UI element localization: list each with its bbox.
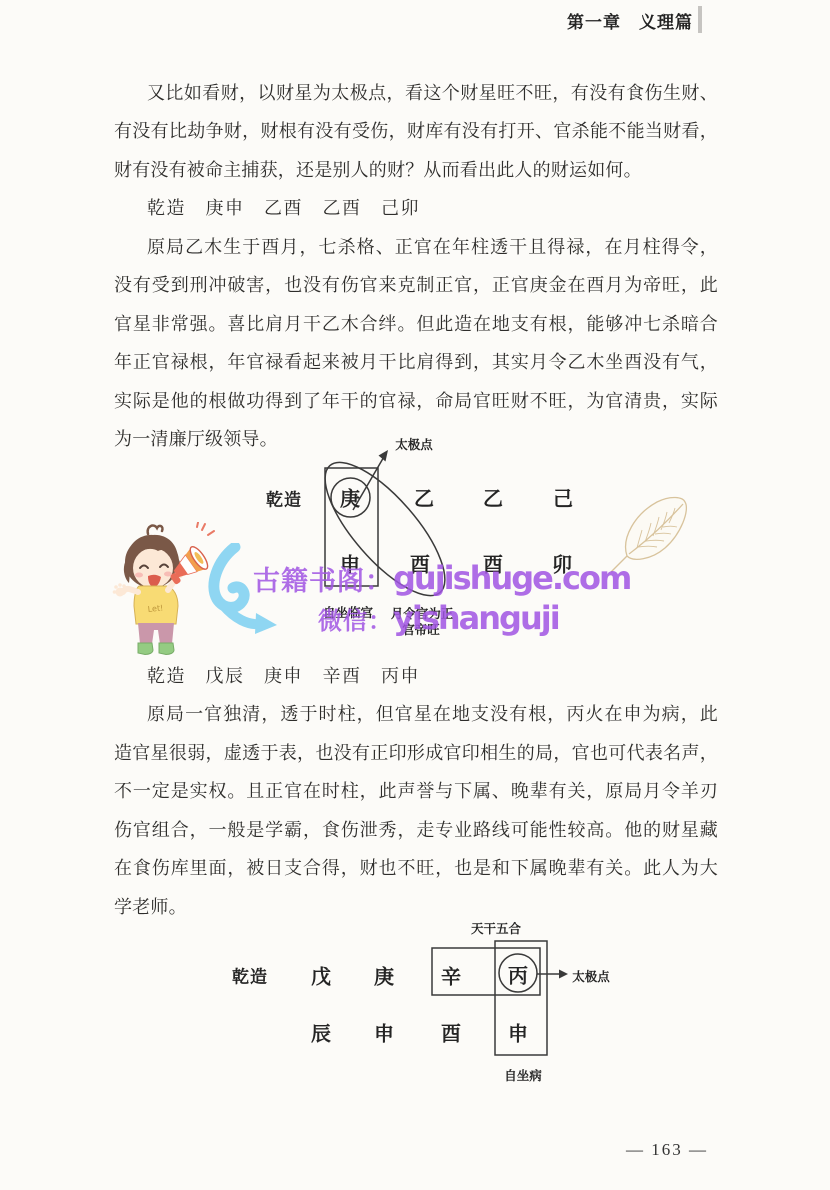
diagram2-branch-day: 酉 <box>441 1018 461 1047</box>
diagram2-stem-year: 戊 <box>311 961 331 990</box>
diagram1-stem-month: 乙 <box>414 483 434 512</box>
mascot-ahoge <box>148 526 163 534</box>
watermark-site-prefix: 古籍书阁： <box>253 559 393 598</box>
mascot-pants <box>138 623 174 644</box>
page-number: — 163 — <box>626 1140 708 1160</box>
diagram1-qianzao-label: 乾造 <box>266 486 302 511</box>
diagram2-stem-hour: 丙 <box>508 960 528 989</box>
body-line: 原局乙木生于酉月，七杀格、正官在年柱透干且得禄，在月柱得令， <box>114 234 718 261</box>
mascot-blush-left <box>135 573 143 578</box>
body-line: 学老师。 <box>114 894 718 921</box>
diagram1-taiji-label: 太极点 <box>395 435 433 453</box>
body-line: 年正官禄根，年官禄看起来被月干比肩得到，其实月令乙木坐酉没有气， <box>114 349 718 376</box>
book-page: 第一章 义理篇 又比如看财，以财星为太极点，看这个财星旺不旺，有没有食伤生财、 … <box>0 0 830 1190</box>
megaphone-girl-illustration: Let! <box>112 522 217 660</box>
sound-lines-icon <box>197 523 214 536</box>
mascot-shirt-text: Let! <box>147 603 163 614</box>
mascot-left-arm <box>123 589 138 592</box>
diagram2-branch-year: 辰 <box>311 1018 331 1047</box>
diagram1-stem-year: 庚 <box>340 483 360 512</box>
diagram1-stem-day: 乙 <box>483 483 503 512</box>
body-line: 又比如看财，以财星为太极点，看这个财星旺不旺，有没有食伤生财、 <box>114 80 718 107</box>
body-line: 原局一官独清，透于时柱，但官星在地支没有根，丙火在申为病，此 <box>114 701 718 728</box>
body-line: 官星非常强。喜比肩月干乙木合绊。但此造在地支有根，能够冲七杀暗合 <box>114 311 718 338</box>
diagram2-branch-month: 申 <box>374 1018 394 1047</box>
bazi-pillars-line: 乾造 庚申 乙酉 乙酉 己卯 <box>147 195 420 222</box>
body-line: 有没有比劫争财，财根有没有受伤，财库有没有打开、官杀能不能当财看， <box>114 118 718 145</box>
diagram2-zizuo-label: 自坐病 <box>504 1066 542 1084</box>
diagram2-stem-day: 辛 <box>441 961 461 990</box>
body-line: 实际是他的根做功得到了年干的官禄，命局官旺财不旺，为官清贵，实际 <box>114 388 718 415</box>
chapter-header: 第一章 义理篇 <box>567 8 693 33</box>
header-edge-bar <box>698 6 702 33</box>
watermark-wechat-prefix: 微信： <box>318 601 393 636</box>
diagram2-branch-hour: 申 <box>508 1018 528 1047</box>
body-line: 在食伤库里面，被日支合得，财也不旺，也是和下属晚辈有关。此人为大 <box>114 855 718 882</box>
watermark-wechat-id: yishanguji <box>393 599 559 637</box>
watermark-site: 古籍书阁：gujishuge.com <box>253 556 630 600</box>
diagram2-tianganwuhe-label: 天干五合 <box>471 919 521 937</box>
watermark-wechat: 微信：yishanguji <box>318 598 559 638</box>
body-line: 财有没有被命主捕获，还是别人的财？从而看出此人的财运如何。 <box>114 157 718 184</box>
body-line: 造官星很弱，虚透于表，也没有正印形成官印相生的局，官也可代表名声， <box>114 740 718 767</box>
diagram2-stem-month: 庚 <box>374 961 394 990</box>
mascot-shoe-right <box>159 643 174 655</box>
body-line: 不一定是实权。且正官在时柱，此声誉与下属、晚辈有关，原局月令羊刃 <box>114 778 718 805</box>
body-line: 伤官组合，一般是学霸，食伤泄秀，走专业路线可能性较高。他的财星藏 <box>114 817 718 844</box>
body-line: 没有受到刑冲破害，也没有伤官来克制正官，正官庚金在酉月为帝旺，此 <box>114 272 718 299</box>
diagram2-qianzao-label: 乾造 <box>232 963 268 988</box>
bazi-pillars-line: 乾造 戊辰 庚申 辛酉 丙申 <box>147 663 420 690</box>
watermark-site-domain: gujishuge.com <box>393 559 630 597</box>
diagram2-taiji-label: 太极点 <box>572 967 610 985</box>
mascot-shoe-left <box>138 643 153 655</box>
diagram1-stem-hour: 己 <box>553 483 573 512</box>
